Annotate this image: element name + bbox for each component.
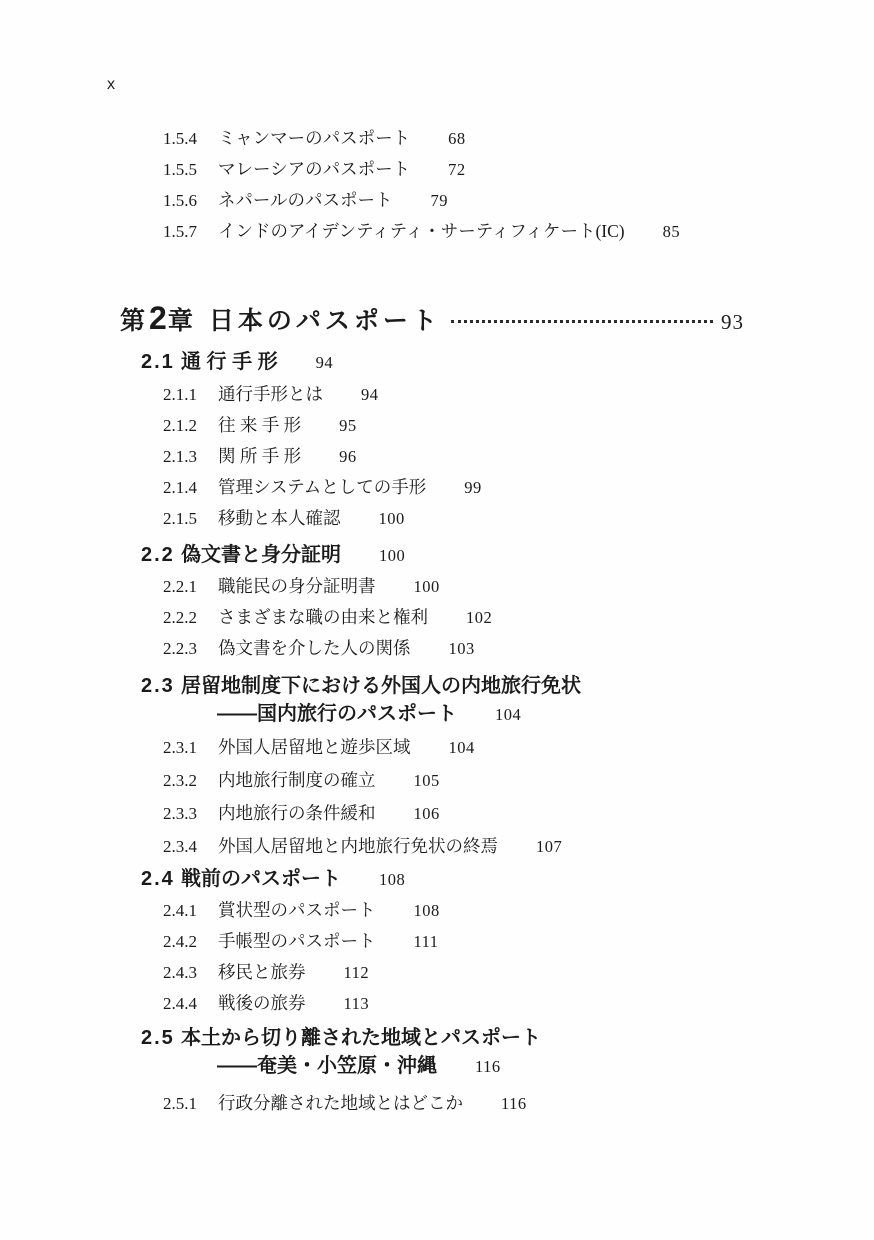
entry-title: 内地旅行制度の確立 bbox=[218, 770, 376, 790]
toc-entry: 2.2.3偽文書を介した人の関係103 bbox=[163, 633, 492, 664]
toc-entry: 2.1.4管理システムとしての手形99 bbox=[163, 472, 482, 503]
entry-title: ネパールのパスポート bbox=[218, 190, 392, 210]
entry-title: ミャンマーのパスポート bbox=[218, 128, 410, 148]
entry-page: 106 bbox=[414, 804, 440, 823]
toc-entry: 2.4.2手帳型のパスポート111 bbox=[163, 926, 440, 957]
section-page: 116 bbox=[475, 1057, 501, 1076]
toc-front-block: 1.5.4ミャンマーのパスポート68 1.5.5マレーシアのパスポート72 1.… bbox=[163, 123, 680, 247]
chapter-heading: 第2章 日本のパスポート 93 bbox=[120, 300, 744, 337]
entry-page: 79 bbox=[430, 191, 448, 210]
entry-title: インドのアイデンティティ・サーティフィケート(IC) bbox=[218, 221, 625, 241]
section-2-4-items: 2.4.1賞状型のパスポート108 2.4.2手帳型のパスポート111 2.4.… bbox=[163, 895, 440, 1019]
entry-number: 2.3.2 bbox=[163, 765, 218, 797]
section-number: 2.5 bbox=[141, 1024, 181, 1052]
entry-page: 95 bbox=[339, 416, 357, 435]
toc-entry: 2.2.2さまざまな職の由来と権利102 bbox=[163, 602, 492, 633]
entry-title: 移民と旅券 bbox=[218, 962, 306, 982]
section-2-1-items: 2.1.1通行手形とは94 2.1.2往 来 手 形95 2.1.3関 所 手 … bbox=[163, 379, 482, 534]
dot-leader bbox=[451, 320, 713, 323]
entry-title: 賞状型のパスポート bbox=[218, 900, 376, 920]
entry-title: 関 所 手 形 bbox=[218, 446, 301, 466]
entry-title: 職能民の身分証明書 bbox=[218, 576, 376, 596]
section-page: 94 bbox=[316, 353, 334, 372]
entry-page: 100 bbox=[414, 577, 440, 596]
entry-page: 111 bbox=[414, 932, 439, 951]
entry-page: 99 bbox=[464, 478, 482, 497]
entry-number: 2.2.1 bbox=[163, 571, 218, 602]
entry-page: 102 bbox=[466, 608, 492, 627]
toc-entry: 2.1.1通行手形とは94 bbox=[163, 379, 482, 410]
entry-page: 108 bbox=[414, 901, 440, 920]
section-title: 本土から切り離された地域とパスポート bbox=[181, 1027, 541, 1049]
toc-entry: 1.5.4ミャンマーのパスポート68 bbox=[163, 123, 680, 154]
toc-entry: 2.3.2内地旅行制度の確立105 bbox=[163, 764, 562, 797]
entry-page: 113 bbox=[344, 994, 370, 1013]
toc-entry: 2.1.2往 来 手 形95 bbox=[163, 410, 482, 441]
toc-entry: 2.3.4外国人居留地と内地旅行免状の終焉107 bbox=[163, 830, 562, 863]
entry-number: 2.4.1 bbox=[163, 895, 218, 926]
entry-title: 内地旅行の条件緩和 bbox=[218, 803, 376, 823]
entry-number: 2.1.3 bbox=[163, 441, 218, 472]
entry-title: 移動と本人確認 bbox=[218, 508, 341, 528]
entry-number: 2.5.1 bbox=[163, 1088, 218, 1119]
entry-number: 2.2.2 bbox=[163, 602, 218, 633]
toc-entry: 2.4.4戦後の旅券113 bbox=[163, 988, 440, 1019]
entry-number: 2.1.4 bbox=[163, 472, 218, 503]
entry-page: 72 bbox=[448, 160, 466, 179]
section-subtitle-line: ——奄美・小笠原・沖縄116 bbox=[217, 1052, 541, 1081]
entry-number: 2.4.3 bbox=[163, 957, 218, 988]
entry-page: 112 bbox=[344, 963, 370, 982]
section-title: 偽文書と身分証明 bbox=[181, 544, 341, 566]
entry-page: 100 bbox=[379, 509, 405, 528]
section-heading-2-2: 2.2偽文書と身分証明100 bbox=[141, 539, 405, 572]
section-number: 2.4 bbox=[141, 863, 181, 895]
chapter-page: 93 bbox=[721, 310, 744, 335]
toc-entry: 1.5.7インドのアイデンティティ・サーティフィケート(IC)85 bbox=[163, 216, 680, 247]
entry-page: 94 bbox=[361, 385, 379, 404]
entry-page: 68 bbox=[448, 129, 466, 148]
entry-title: マレーシアのパスポート bbox=[218, 159, 410, 179]
entry-title: 手帳型のパスポート bbox=[218, 931, 376, 951]
toc-entry: 1.5.5マレーシアのパスポート72 bbox=[163, 154, 680, 185]
entry-title: 行政分離された地域とはどこか bbox=[218, 1093, 463, 1113]
entry-number: 2.3.4 bbox=[163, 831, 218, 863]
entry-number: 1.5.7 bbox=[163, 216, 218, 247]
entry-page: 96 bbox=[339, 447, 357, 466]
entry-title: さまざまな職の由来と権利 bbox=[218, 607, 428, 627]
toc-entry: 2.1.5移動と本人確認100 bbox=[163, 503, 482, 534]
toc-entry: 2.4.3移民と旅券112 bbox=[163, 957, 440, 988]
entry-title: 往 来 手 形 bbox=[218, 415, 301, 435]
toc-entry: 2.1.3関 所 手 形96 bbox=[163, 441, 482, 472]
toc-entry: 2.4.1賞状型のパスポート108 bbox=[163, 895, 440, 926]
entry-number: 1.5.4 bbox=[163, 123, 218, 154]
toc-entry: 2.2.1職能民の身分証明書100 bbox=[163, 571, 492, 602]
entry-title: 外国人居留地と内地旅行免状の終焉 bbox=[218, 836, 498, 856]
entry-number: 2.3.1 bbox=[163, 732, 218, 764]
entry-page: 105 bbox=[414, 771, 440, 790]
entry-number: 1.5.5 bbox=[163, 154, 218, 185]
section-number: 2.3 bbox=[141, 672, 181, 700]
chapter-title: 日本のパスポート bbox=[209, 301, 441, 337]
section-heading-2-1: 2.1通 行 手 形94 bbox=[141, 346, 333, 379]
entry-title: 通行手形とは bbox=[218, 384, 323, 404]
entry-page: 116 bbox=[501, 1094, 527, 1113]
toc-entry: 2.3.1外国人居留地と遊歩区域104 bbox=[163, 731, 562, 764]
section-page: 104 bbox=[495, 705, 521, 724]
section-heading-2-5: 2.5本土から切り離された地域とパスポート ——奄美・小笠原・沖縄116 bbox=[141, 1024, 541, 1081]
section-subtitle: ——奄美・小笠原・沖縄 bbox=[217, 1055, 437, 1077]
section-subtitle-line: ——国内旅行のパスポート104 bbox=[217, 700, 581, 729]
section-heading-2-4: 2.4戦前のパスポート108 bbox=[141, 863, 405, 896]
entry-title: 管理システムとしての手形 bbox=[218, 477, 426, 497]
section-page: 108 bbox=[379, 870, 405, 889]
chapter-label: 第2章 bbox=[120, 300, 196, 337]
entry-title: 偽文書を介した人の関係 bbox=[218, 638, 411, 658]
section-title: 居留地制度下における外国人の内地旅行免状 bbox=[181, 675, 581, 697]
section-title: 通 行 手 形 bbox=[181, 351, 278, 373]
entry-number: 2.2.3 bbox=[163, 633, 218, 664]
section-2-3-items: 2.3.1外国人居留地と遊歩区域104 2.3.2内地旅行制度の確立105 2.… bbox=[163, 731, 562, 863]
entry-number: 2.1.2 bbox=[163, 410, 218, 441]
section-title: 戦前のパスポート bbox=[181, 868, 341, 890]
entry-title: 外国人居留地と遊歩区域 bbox=[218, 737, 411, 757]
section-2-5-items: 2.5.1行政分離された地域とはどこか116 bbox=[163, 1088, 527, 1119]
entry-number: 1.5.6 bbox=[163, 185, 218, 216]
toc-entry: 1.5.6ネパールのパスポート79 bbox=[163, 185, 680, 216]
entry-number: 2.4.2 bbox=[163, 926, 218, 957]
toc-entry: 2.3.3内地旅行の条件緩和106 bbox=[163, 797, 562, 830]
entry-page: 104 bbox=[449, 738, 475, 757]
entry-page: 85 bbox=[663, 222, 681, 241]
section-heading-2-3: 2.3居留地制度下における外国人の内地旅行免状 ——国内旅行のパスポート104 bbox=[141, 672, 581, 729]
section-subtitle: ——国内旅行のパスポート bbox=[217, 703, 457, 725]
section-2-2-items: 2.2.1職能民の身分証明書100 2.2.2さまざまな職の由来と権利102 2… bbox=[163, 571, 492, 664]
toc-page: x 1.5.4ミャンマーのパスポート68 1.5.5マレーシアのパスポート72 … bbox=[0, 0, 874, 1240]
entry-number: 2.4.4 bbox=[163, 988, 218, 1019]
chapter-suffix: 章 bbox=[168, 307, 196, 335]
chapter-number: 2 bbox=[148, 300, 168, 336]
page-folio: x bbox=[107, 76, 115, 94]
entry-title: 戦後の旅券 bbox=[218, 993, 306, 1013]
entry-number: 2.3.3 bbox=[163, 798, 218, 830]
entry-page: 107 bbox=[536, 837, 562, 856]
section-page: 100 bbox=[379, 546, 405, 565]
section-number: 2.2 bbox=[141, 539, 181, 571]
entry-page: 103 bbox=[449, 639, 475, 658]
toc-entry: 2.5.1行政分離された地域とはどこか116 bbox=[163, 1088, 527, 1119]
chapter-prefix: 第 bbox=[120, 307, 148, 335]
entry-number: 2.1.1 bbox=[163, 379, 218, 410]
entry-number: 2.1.5 bbox=[163, 503, 218, 534]
section-number: 2.1 bbox=[141, 346, 181, 378]
